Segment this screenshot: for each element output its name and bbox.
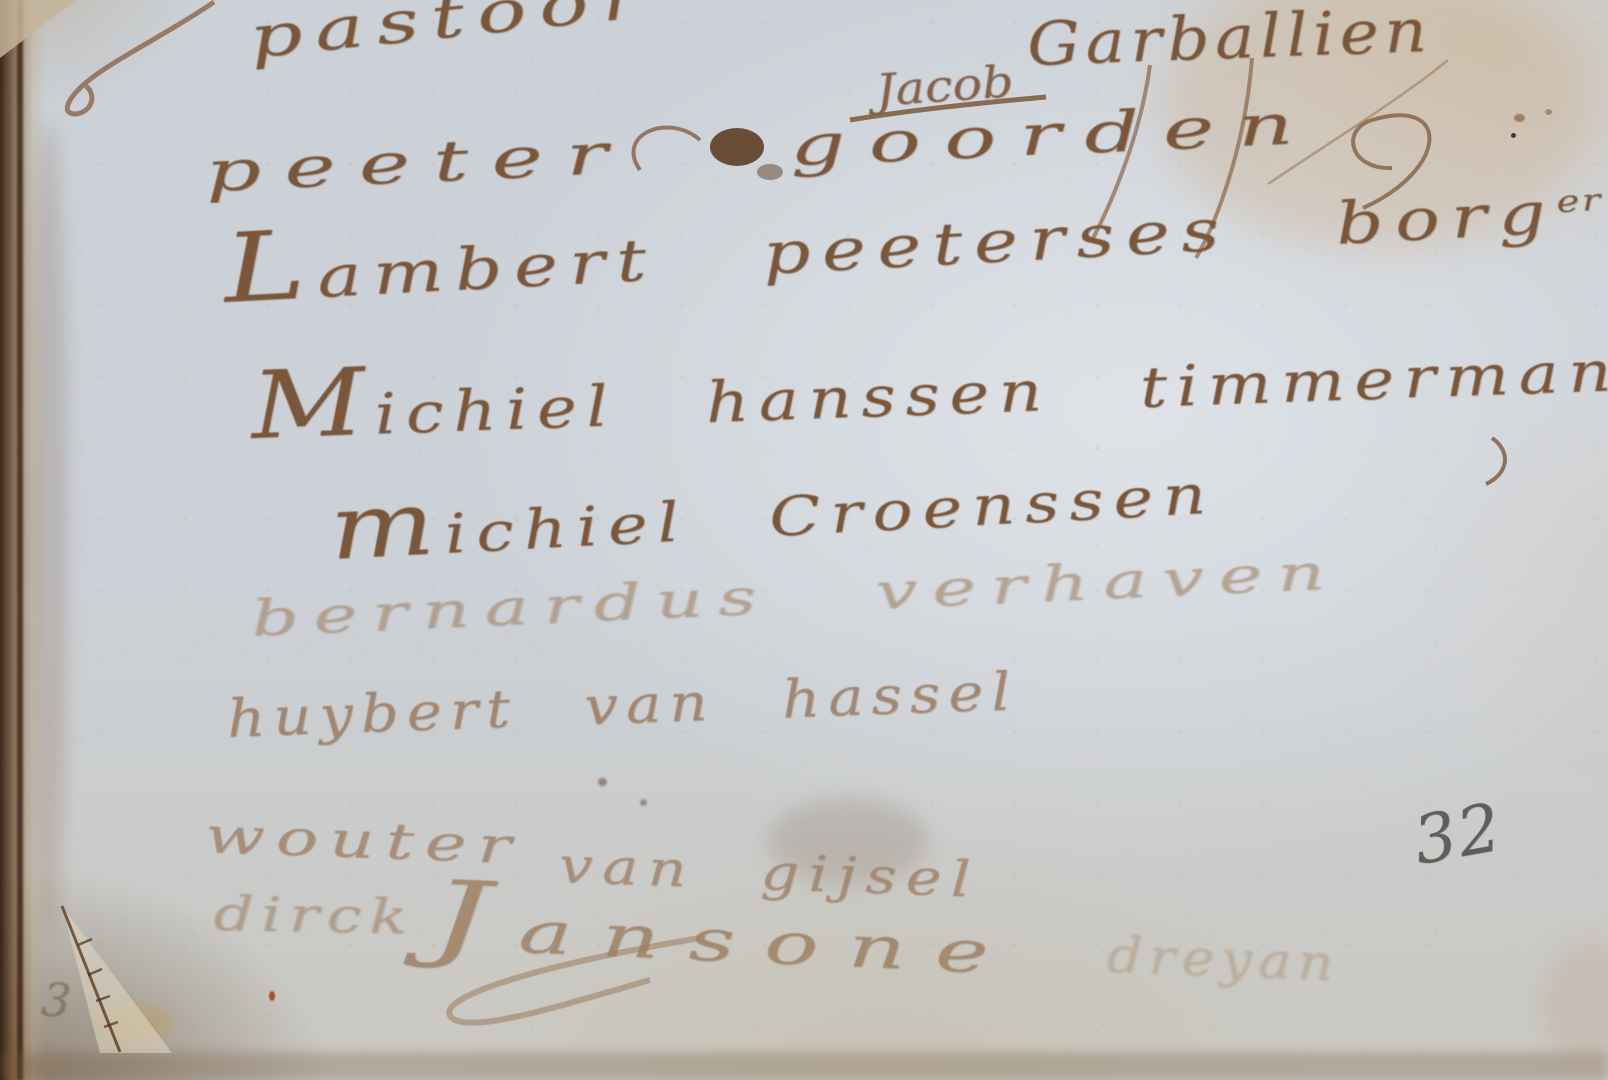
opening-paraph-flourish	[67, 2, 214, 114]
ink-speck	[640, 799, 647, 806]
line-3-superscript: er	[1556, 183, 1604, 220]
red-fleck	[269, 991, 275, 1001]
manuscript-page-photo: pastoor Jacob Garballien peeter goorden …	[0, 0, 1608, 1080]
dark-speck	[1511, 133, 1516, 138]
line-3-main-text: Lambert peeterses borg	[223, 178, 1559, 316]
bottom-edge-shadow	[0, 1052, 1608, 1080]
stain-bottom-right	[1544, 940, 1608, 1070]
line4-trailing-comma	[1486, 438, 1505, 484]
binding-crease-line	[17, 0, 23, 1080]
gutter-shadow	[28, 120, 68, 940]
ink-speck	[598, 778, 607, 786]
handwritten-line-1-left: pastoor	[246, 0, 656, 72]
handwritten-line-9-left: dirck	[213, 886, 415, 946]
rust-speck	[1514, 114, 1525, 122]
handwritten-line-4: Michiel hanssen timmermans	[250, 323, 1608, 452]
rust-speck	[1545, 109, 1552, 115]
page-corner-top-left	[0, 0, 76, 58]
handwritten-line-7: huybert van hassel	[226, 662, 1019, 750]
corner-mark: 3	[39, 972, 73, 1028]
page-number: 32	[1408, 789, 1508, 880]
yellow-stain	[96, 1004, 174, 1044]
handwritten-line-9-faint-word: dreyan	[1106, 926, 1341, 992]
